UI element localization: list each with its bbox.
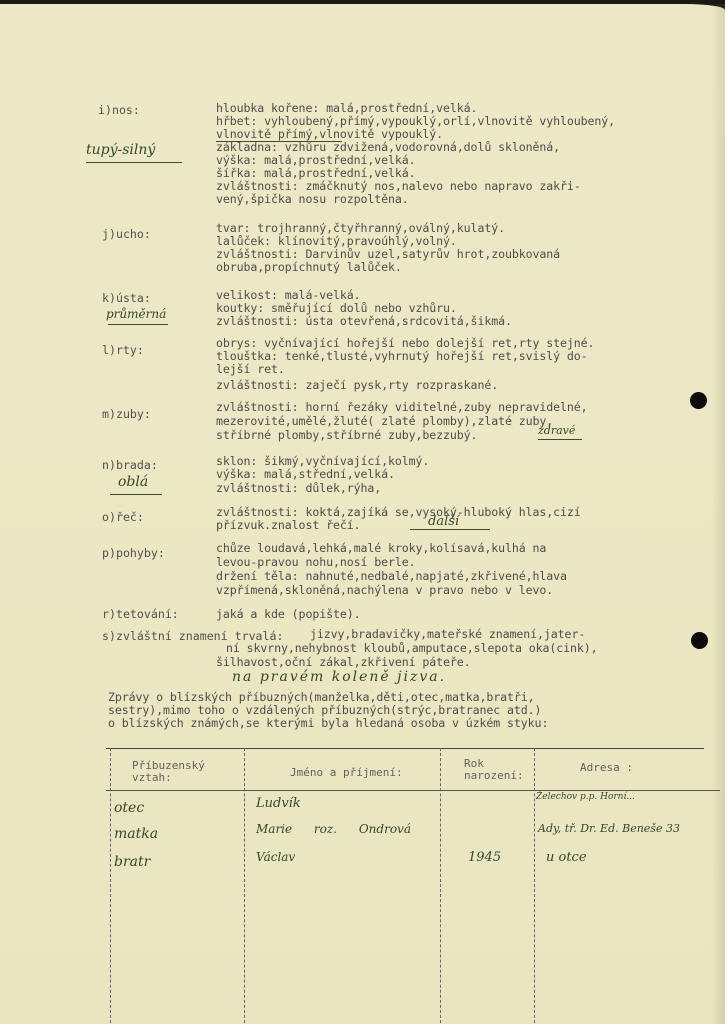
underline [538,439,582,440]
chin-line: výška: malá,střední,velká. [216,468,395,481]
section-label-ear: j)ucho: [102,228,151,241]
section-label-lips: l)rty: [102,344,144,357]
section-label-tattoo: r)tetování: [102,608,179,621]
teeth-line: stříbrné plomby,stříbrné zuby,bezzubý. [216,429,477,442]
marks-line: jizvy,bradavičky,mateřské znamení,jater- [310,628,585,641]
table-cell-address: u otce [546,850,587,865]
handwritten-annotation: oblá [118,474,148,490]
table-cell-address: Želechov p.p. Horní... [536,792,635,802]
lips-line: lejší ret. [216,363,285,376]
handwritten-annotation: průměrná [106,307,166,321]
relatives-table: Příbuzenský vztah: Jméno a příjmení: Rok… [106,748,720,1024]
tattoo-line: jaká a kde (popište). [216,608,360,621]
table-cell-name: Marie roz. Ondrová [256,822,411,836]
document-page: i)nos: hloubka kořene: malá,prostřední,v… [0,4,725,1024]
table-cell-name: Václav [256,850,295,864]
section-label-nose: i)nos: [98,104,140,117]
table-cell-name: Ludvík [256,796,301,811]
marks-line: šilhavost,oční zákal,zkřivení páteře. [216,656,471,669]
speech-line: přízvuk.znalost řečí. [216,519,360,532]
table-cell-relation: bratr [114,854,150,870]
column-header-address: Adresa : [580,762,633,774]
handwritten-annotation: tupý-silný [86,142,155,158]
column-divider [110,748,111,1024]
relatives-intro-line: o blízských známých,se kterými byla hled… [108,717,548,730]
section-label-speech: o)řeč: [102,511,144,524]
movement-line: chůze loudavá,lehká,malé kroky,kolísavá,… [216,542,546,555]
section-label-teeth: m)zuby: [102,408,151,421]
table-header-rule [106,790,720,791]
chin-line: zvláštnosti: důlek,rýha, [216,482,381,495]
table-cell-relation: matka [114,826,158,842]
underline [108,324,168,325]
underline [86,162,182,163]
column-divider [440,748,441,1024]
handwritten-annotation: zdravé [538,424,575,437]
nose-line: vený,špička nosu rozpoltěna. [216,193,409,206]
section-label-mouth: k)ústa: [102,292,151,305]
marks-line: ní skvrny,nehybnost kloubů,amputace,slep… [226,642,598,655]
underline [110,494,162,495]
table-cell-address: Ady, tř. Dr. Ed. Beneše 33 [538,822,680,835]
punch-hole [690,392,707,409]
underline [410,529,490,530]
teeth-line: zvláštnosti: horní řezáky viditelné,zuby… [216,401,588,414]
column-header-year: Rok narození: [464,758,524,782]
column-header-relation: Příbuzenský vztah: [132,760,205,784]
movement-line: držení těla: nahnuté,nedbalé,napjaté,zkř… [216,570,567,583]
section-label-chin: n)brada: [102,459,158,472]
movement-line: vzpřímená,skloněná,nachýlena v pravo neb… [216,584,553,597]
lips-line: zvláštnosti: zaječí pysk,rty rozpraskané… [216,379,498,392]
table-top-rule [106,748,704,749]
mouth-line: zvláštnosti: ústa otevřená,srdcovitá,šik… [216,315,512,328]
movement-line: levou-pravou nohu,nosí berle. [216,556,416,569]
table-cell-relation: otec [114,800,144,816]
handwritten-annotation: další [428,514,459,529]
ear-line: obruba,propíchnutý lalůček. [216,261,402,274]
column-divider [534,748,535,1024]
table-cell-year: 1945 [468,850,501,865]
column-divider [244,748,245,1024]
teeth-line: mezerovité,umělé,žluté( zlaté plomby),zl… [216,415,553,428]
handwritten-annotation: na pravém koleně jizva. [232,669,446,685]
section-label-movement: p)pohyby: [102,547,165,560]
column-header-name: Jméno a příjmení: [290,767,403,779]
punch-hole [691,632,708,649]
